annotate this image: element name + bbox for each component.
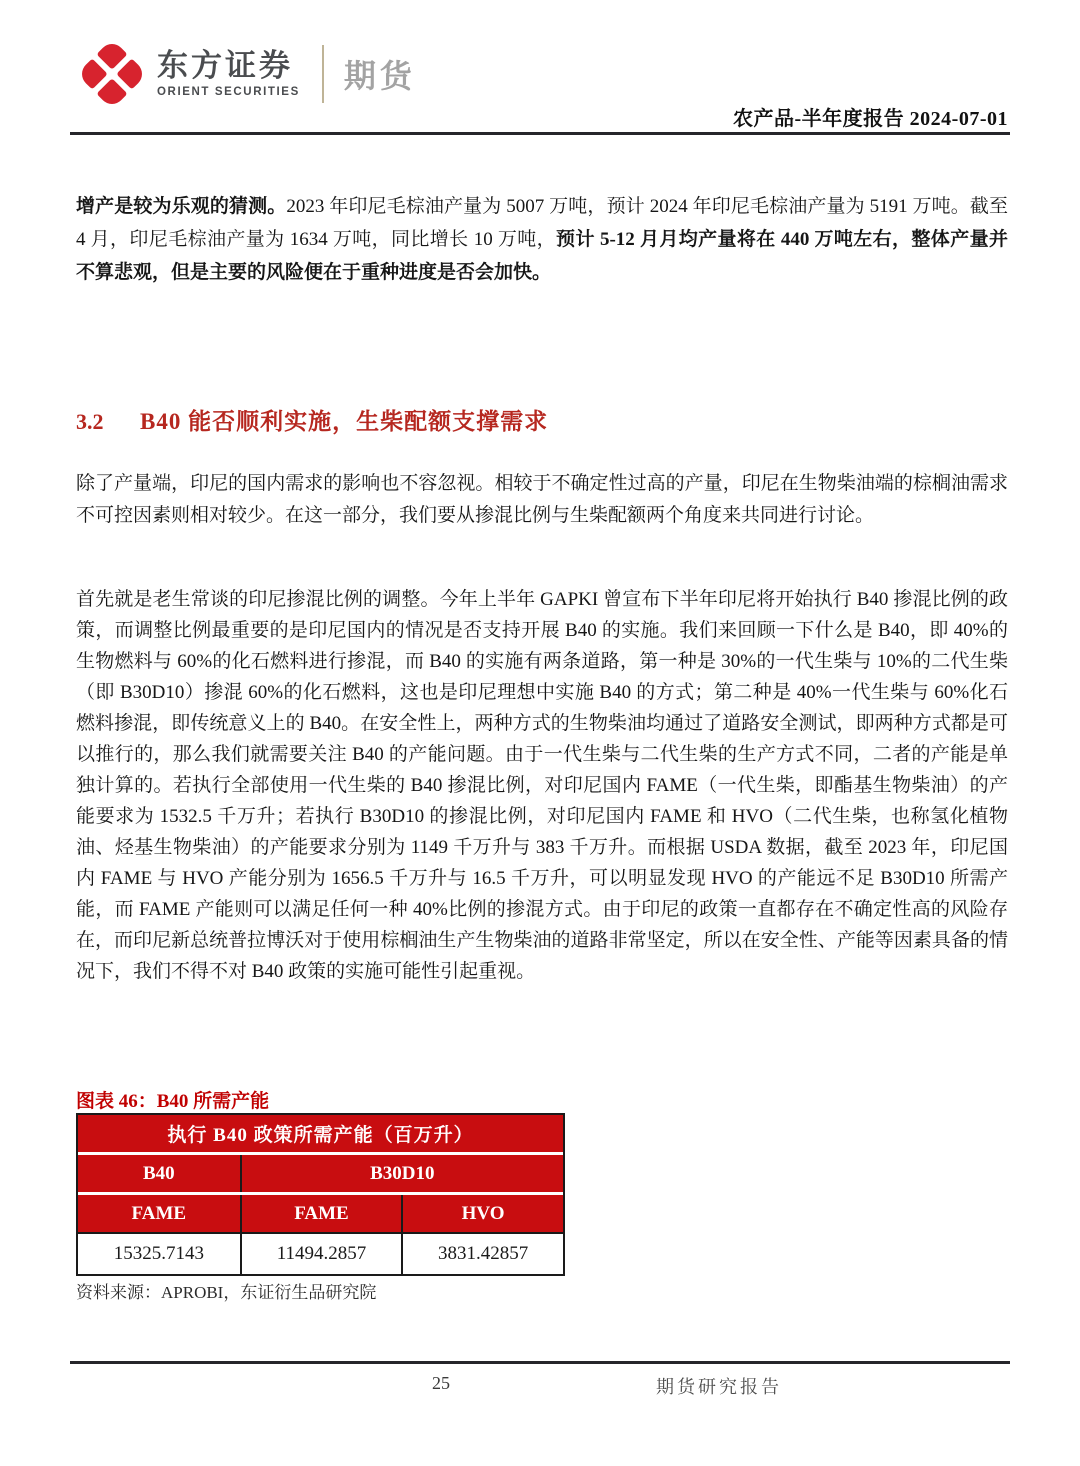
paragraph-b40-analysis: 首先就是老生常谈的印尼掺混比例的调整。今年上半年 GAPKI 曾宣布下半年印尼将… xyxy=(76,584,1008,987)
table-value-b40-fame: 15325.7143 xyxy=(78,1234,240,1274)
table-column-header-row: FAME FAME HVO xyxy=(78,1195,563,1232)
section-title: B40 能否顺利实施，生柴配额支撑需求 xyxy=(140,403,548,436)
brand-text: 东方证券 ORIENT SECURITIES xyxy=(157,50,300,98)
division-label: 期货 xyxy=(344,51,416,97)
brand-name-en: ORIENT SECURITIES xyxy=(157,86,300,98)
brand-divider xyxy=(322,45,324,103)
table-group-header-row: B40 B30D10 xyxy=(78,1155,563,1195)
report-page: 东方证券 ORIENT SECURITIES 期货 农产品-半年度报告 2024… xyxy=(0,0,1080,1466)
page-number: 25 xyxy=(432,1373,450,1394)
table-group-b30d10: B30D10 xyxy=(240,1155,563,1192)
table-col-fame-2: FAME xyxy=(240,1195,402,1232)
table-title-cell: 执行 B40 政策所需产能（百万升） xyxy=(78,1115,563,1152)
table-col-hvo: HVO xyxy=(401,1195,563,1232)
footer-rule xyxy=(70,1361,1010,1364)
table-group-b40: B40 xyxy=(78,1155,240,1192)
table-title-row: 执行 B40 政策所需产能（百万升） xyxy=(78,1115,563,1155)
table-col-fame-1: FAME xyxy=(78,1195,240,1232)
paragraph-demand-intro: 除了产量端，印尼的国内需求的影响也不容忽视。相较于不确定性过高的产量，印尼在生物… xyxy=(76,468,1008,532)
header-rule xyxy=(70,132,1010,135)
table-value-b30d10-fame: 11494.2857 xyxy=(240,1234,402,1274)
b40-capacity-table: 执行 B40 政策所需产能（百万升） B40 B30D10 FAME FAME … xyxy=(76,1113,565,1276)
figure-source: 资料来源：APROBI，东证衍生品研究院 xyxy=(76,1278,376,1303)
orient-securities-logo-icon xyxy=(77,39,148,110)
table-value-b30d10-hvo: 3831.42857 xyxy=(401,1234,563,1274)
section-heading-3-2: 3.2 B40 能否顺利实施，生柴配额支撑需求 xyxy=(76,403,548,436)
brand-header: 东方证券 ORIENT SECURITIES 期货 xyxy=(78,40,416,108)
figure-caption: 图表 46：B40 所需产能 xyxy=(76,1086,269,1113)
footer-report-type: 期货研究报告 xyxy=(656,1373,782,1399)
table-value-row: 15325.7143 11494.2857 3831.42857 xyxy=(78,1232,563,1274)
brand-name-cn: 东方证券 xyxy=(157,50,300,83)
section-number: 3.2 xyxy=(76,409,140,435)
report-meta: 农产品-半年度报告 2024-07-01 xyxy=(733,102,1008,131)
paragraph1-bold-lead: 增产是较为乐观的猜测。 xyxy=(76,196,286,217)
paragraph-production-forecast: 增产是较为乐观的猜测。2023 年印尼毛棕油产量为 5007 万吨，预计 202… xyxy=(76,190,1008,289)
